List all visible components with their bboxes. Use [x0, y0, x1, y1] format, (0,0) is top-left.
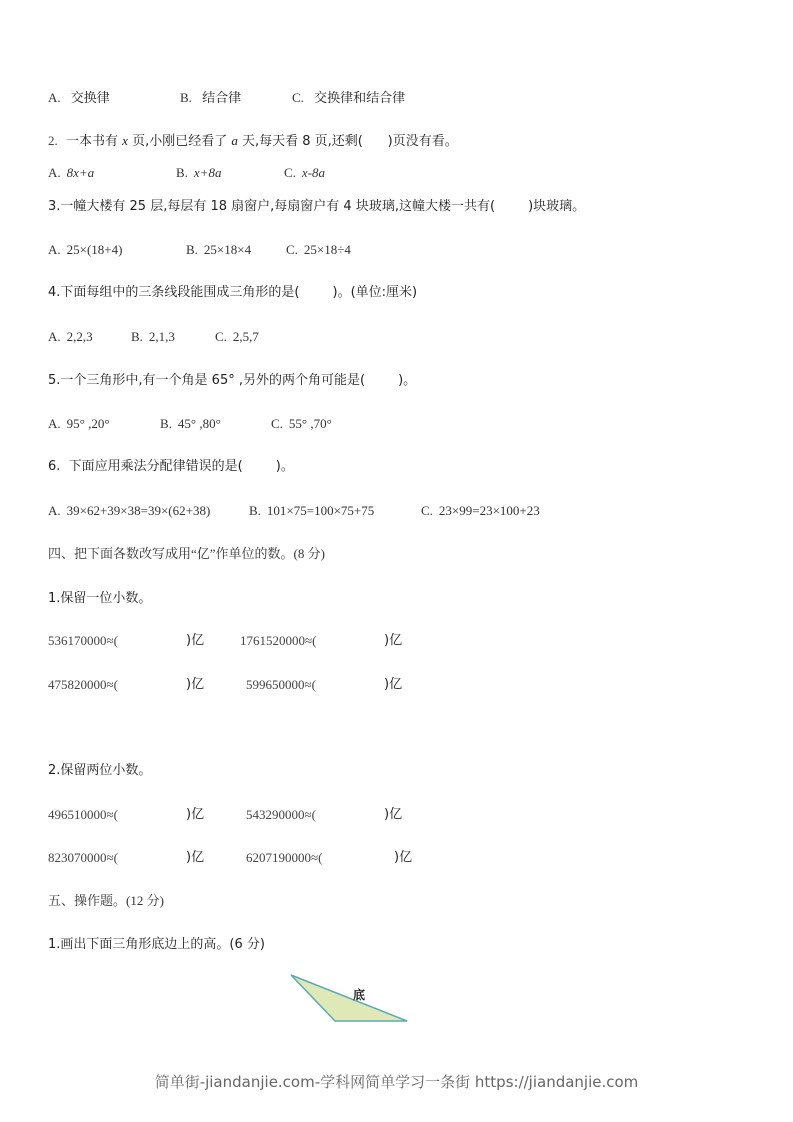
q4-option-b: B.2,1,3: [131, 329, 175, 345]
s4p2-r2-left-unit: )亿: [186, 850, 204, 866]
footer-watermark: 简单街-jiandanjie.com-学科网简单学习一条街 https://ji…: [0, 1071, 793, 1092]
q4-option-c: C.2,5,7: [215, 329, 259, 345]
s4p1-r1-right-unit: )亿: [384, 633, 402, 649]
s4p2-r1-right-unit: )亿: [384, 807, 402, 823]
s4p1-r2-right-unit: )亿: [384, 677, 402, 693]
s4p1-r2-left-number: 475820000≈(: [48, 677, 118, 693]
q5-option-b: B.45° ,80°: [160, 416, 221, 432]
section5-title: 五、操作题。(12 分): [48, 893, 164, 909]
q3-option-a: A.25×(18+4): [48, 242, 122, 258]
q1-option-c: C. 交换律和结合律: [292, 90, 405, 107]
s4p1-r2-left-unit: )亿: [186, 677, 204, 693]
s4p2-r2-right-unit: )亿: [394, 850, 412, 866]
q4-option-a: A.2,2,3: [48, 329, 93, 345]
q4-stem: 4.下面每组中的三条线段能围成三角形的是( )。(单位:厘米): [48, 285, 417, 301]
section4-title: 四、把下面各数改写成用“亿”作单位的数。(8 分): [48, 546, 325, 562]
triangle-base-label: 底: [353, 986, 365, 1003]
s4p2-r2-left-number: 823070000≈(: [48, 850, 118, 866]
q3-option-c: C.25×18÷4: [286, 242, 351, 258]
s4p2-r1-left-number: 496510000≈(: [48, 807, 118, 823]
q2-stem: 2. 一本书有 x 页,小刚已经看了 a 天,每天看 8 页,还剩( )页没有看…: [48, 133, 458, 150]
q5-stem: 5.一个三角形中,有一个角是 65° ,另外的两个角可能是( )。: [48, 373, 416, 389]
section4-part2-title: 2.保留两位小数。: [48, 763, 151, 779]
q5-option-c: C.55° ,70°: [271, 416, 332, 432]
s4p2-r1-right-number: 543290000≈(: [246, 807, 316, 823]
q1-option-b: B. 结合律: [180, 90, 241, 107]
q3-option-b: B.25×18×4: [186, 242, 251, 258]
s4p2-r2-right-number: 6207190000≈(: [246, 850, 322, 866]
triangle-figure: [285, 970, 415, 1028]
section4-part1-title: 1.保留一位小数。: [48, 591, 151, 607]
q2-option-c: C.x-8a: [284, 165, 325, 181]
s4p2-r1-left-unit: )亿: [186, 807, 204, 823]
q2-option-a: A.8x+a: [48, 165, 94, 181]
s4p1-r1-left-unit: )亿: [186, 633, 204, 649]
q1-option-a: A. 交换律: [48, 90, 110, 107]
s4p1-r1-right-number: 1761520000≈(: [240, 633, 316, 649]
q6-option-c: C.23×99=23×100+23: [421, 503, 540, 519]
q5-option-a: A.95° ,20°: [48, 416, 110, 432]
s4p1-r1-left-number: 536170000≈(: [48, 633, 118, 649]
s4p1-r2-right-number: 599650000≈(: [246, 677, 316, 693]
q6-option-b: B.101×75=100×75+75: [249, 503, 374, 519]
triangle-shape: [291, 975, 407, 1021]
q6-option-a: A.39×62+39×38=39×(62+38): [48, 503, 210, 519]
q6-stem: 6. 下面应用乘法分配律错误的是( )。: [48, 459, 294, 475]
section5-q1-stem: 1.画出下面三角形底边上的高。(6 分): [48, 937, 265, 953]
q3-stem: 3.一幢大楼有 25 层,每层有 18 扇窗户,每扇窗户有 4 块玻璃,这幢大楼…: [48, 199, 585, 215]
q2-option-b: B.x+8a: [176, 165, 221, 181]
